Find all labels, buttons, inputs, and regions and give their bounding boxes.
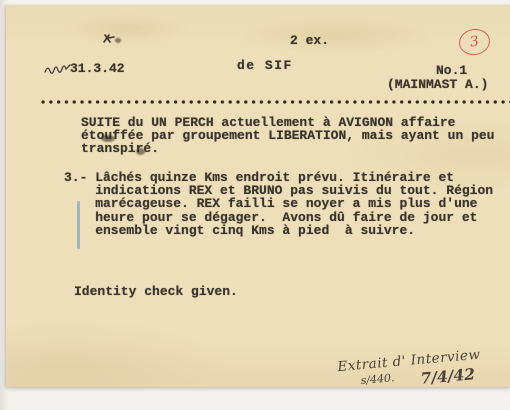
document-sheet: 2 ex. 31.3.42 de SIF No.1 (MAINMAST A.) … xyxy=(6,5,510,387)
identity-check-line: Identity check given. xyxy=(74,285,238,298)
ink-smudge xyxy=(101,135,115,142)
page-number-annotation: 3 xyxy=(457,27,492,58)
handwritten-ref: s/440. xyxy=(360,371,395,387)
handwritten-annotation: Extrait d' Interview s/440. 7/4/42 xyxy=(337,343,510,387)
blue-margin-mark xyxy=(77,201,80,249)
date-line: 31.3.42 xyxy=(70,62,125,75)
dotted-divider xyxy=(40,99,510,105)
codename-line: (MAINMAST A.) xyxy=(387,78,488,91)
ink-smudge xyxy=(136,148,145,155)
paraph-squiggle xyxy=(44,61,72,77)
number-line: No.1 xyxy=(436,64,467,77)
scan-background: 2 ex. 31.3.42 de SIF No.1 (MAINMAST A.) … xyxy=(0,0,510,410)
sender-line: de SIF xyxy=(237,59,293,72)
page-number-value: 3 xyxy=(469,33,481,50)
copies-note: 2 ex. xyxy=(290,34,329,47)
handwritten-date: 7/4/42 xyxy=(420,364,476,387)
ink-smudge xyxy=(115,38,121,43)
paragraph-3: 3.- Lâchés quinze Kms endroit prévu. Iti… xyxy=(64,171,493,237)
